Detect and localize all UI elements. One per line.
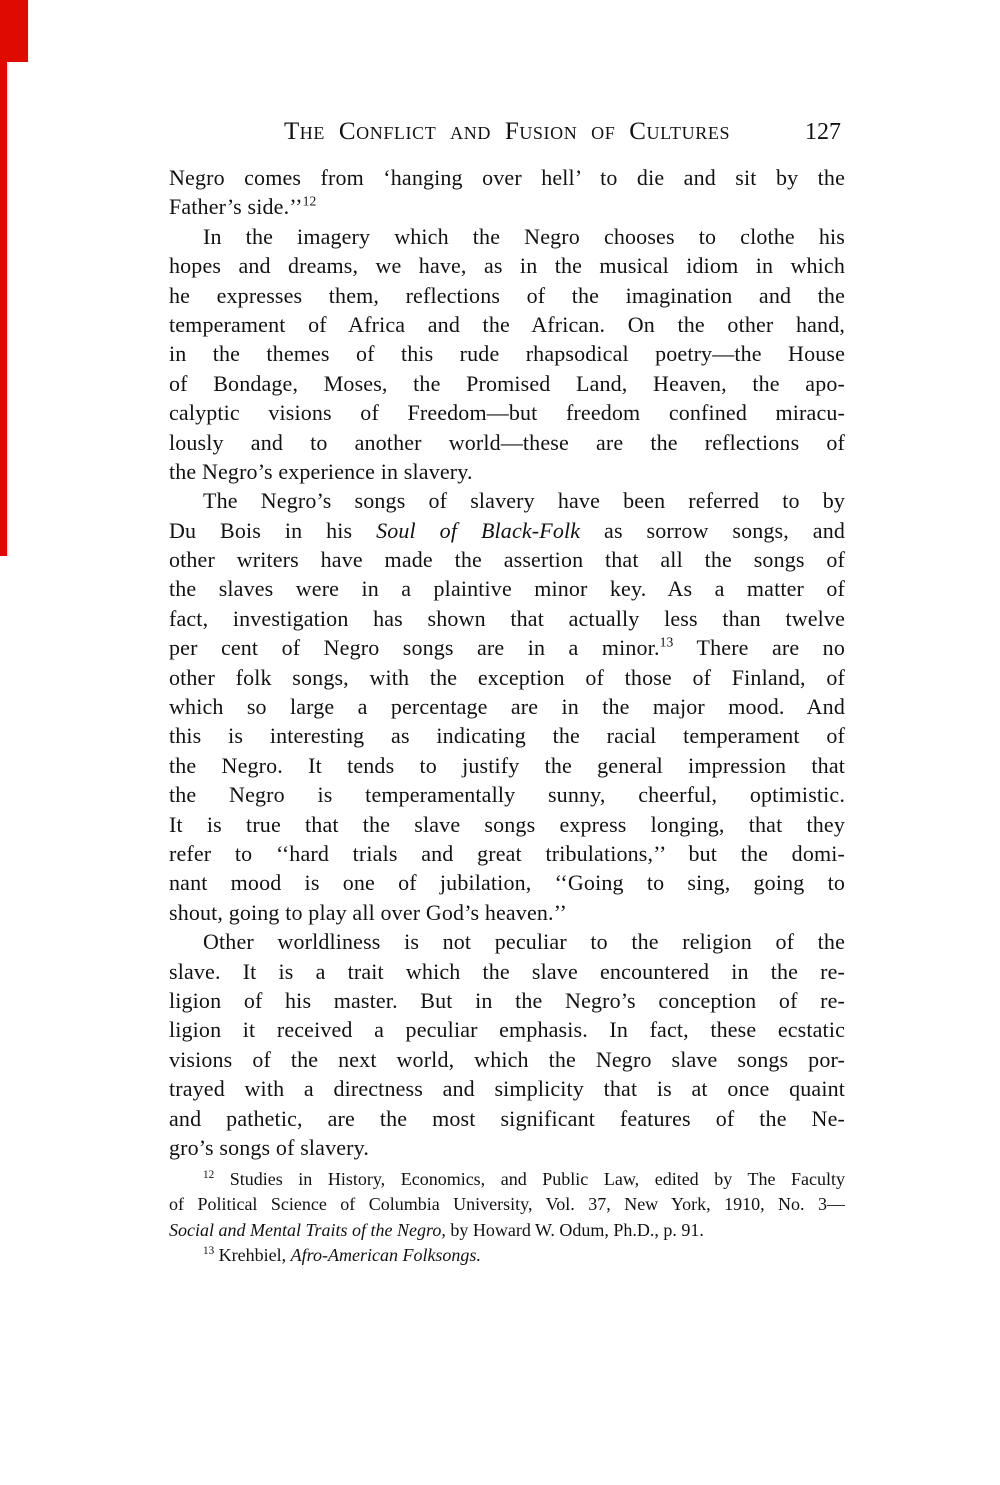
text-segment: fact, investigation has shown that actua… bbox=[169, 606, 845, 631]
text-segment: slave. It is a trait which the slave enc… bbox=[169, 959, 845, 984]
body-line: the slaves were in a plaintive minor key… bbox=[169, 574, 845, 603]
footnote-line: Social and Mental Traits of the Negro, b… bbox=[169, 1218, 845, 1243]
text-segment: shout, going to play all over God’s heav… bbox=[169, 900, 567, 925]
text-segment: the Negro’s experience in slavery. bbox=[169, 459, 473, 484]
body-line: fact, investigation has shown that actua… bbox=[169, 604, 845, 633]
text-segment: Du Bois in his bbox=[169, 518, 376, 543]
body-line: the Negro is temperamentally sunny, chee… bbox=[169, 780, 845, 809]
text-segment: It is true that the slave songs express … bbox=[169, 812, 845, 837]
text-segment: Studies in History, Economics, and Publi… bbox=[214, 1169, 845, 1189]
footnote-line: 12 Studies in History, Economics, and Pu… bbox=[169, 1167, 845, 1192]
text-segment: There are no bbox=[674, 635, 845, 660]
footnote-ref: 12 bbox=[303, 194, 317, 209]
text-segment: ligion it received a peculiar emphasis. … bbox=[169, 1017, 845, 1042]
body-line: this is interesting as indicating the ra… bbox=[169, 721, 845, 750]
body-text: Negro comes from ‘hanging over hell’ to … bbox=[169, 163, 845, 1162]
body-line: he expresses them, reflections of the im… bbox=[169, 281, 845, 310]
body-line: slave. It is a trait which the slave enc… bbox=[169, 957, 845, 986]
text-segment: of Bondage, Moses, the Promised Land, He… bbox=[169, 371, 845, 396]
footnote-ref: 13 bbox=[660, 635, 674, 650]
text-segment: visions of the next world, which the Neg… bbox=[169, 1047, 845, 1072]
body-line: Father’s side.’’12 bbox=[169, 192, 845, 221]
footnote-line: 13 Krehbiel, Afro-American Folksongs. bbox=[169, 1243, 845, 1268]
italic-text: Social and Mental Traits of the Negro, bbox=[169, 1220, 446, 1240]
text-segment: by Howard W. Odum, Ph.D., p. 91. bbox=[446, 1220, 704, 1240]
page-content: The Conflict and Fusion of Cultures 127 … bbox=[169, 117, 845, 1268]
text-segment: temperament of Africa and the African. O… bbox=[169, 312, 845, 337]
scan-red-edge-strip bbox=[0, 62, 7, 556]
body-line: Negro comes from ‘hanging over hell’ to … bbox=[169, 163, 845, 192]
text-segment: Other worldliness is not peculiar to the… bbox=[203, 929, 845, 954]
running-header: The Conflict and Fusion of Cultures 127 bbox=[169, 117, 845, 147]
text-segment: The Negro’s songs of slavery have been r… bbox=[203, 488, 845, 513]
body-line: ligion it received a peculiar emphasis. … bbox=[169, 1015, 845, 1044]
body-line: trayed with a directness and simplicity … bbox=[169, 1074, 845, 1103]
body-line: which so large a percentage are in the m… bbox=[169, 692, 845, 721]
body-line: per cent of Negro songs are in a minor.1… bbox=[169, 633, 845, 662]
body-line: refer to ‘‘hard trials and great tribula… bbox=[169, 839, 845, 868]
scan-red-edge-corner bbox=[0, 0, 28, 62]
text-segment: in the themes of this rude rhapsodical p… bbox=[169, 341, 845, 366]
body-line: shout, going to play all over God’s heav… bbox=[169, 898, 845, 927]
text-segment: In the imagery which the Negro chooses t… bbox=[203, 224, 845, 249]
text-segment: nant mood is one of jubilation, ‘‘Going … bbox=[169, 870, 845, 895]
text-segment: Krehbiel, bbox=[214, 1245, 290, 1265]
text-segment: Father’s side.’’ bbox=[169, 194, 303, 219]
body-line: hopes and dreams, we have, as in the mus… bbox=[169, 251, 845, 280]
body-line: of Bondage, Moses, the Promised Land, He… bbox=[169, 369, 845, 398]
footnotes: 12 Studies in History, Economics, and Pu… bbox=[169, 1167, 845, 1268]
body-line: temperament of Africa and the African. O… bbox=[169, 310, 845, 339]
text-segment: trayed with a directness and simplicity … bbox=[169, 1076, 845, 1101]
body-line: the Negro. It tends to justify the gener… bbox=[169, 751, 845, 780]
text-segment: the slaves were in a plaintive minor key… bbox=[169, 576, 845, 601]
page-number: 127 bbox=[805, 117, 841, 147]
body-line: in the themes of this rude rhapsodical p… bbox=[169, 339, 845, 368]
text-segment: hopes and dreams, we have, as in the mus… bbox=[169, 253, 845, 278]
text-segment: other writers have made the assertion th… bbox=[169, 547, 845, 572]
footnote-ref: 13 bbox=[203, 1245, 214, 1257]
text-segment: and pathetic, are the most significant f… bbox=[169, 1106, 845, 1131]
italic-text: Soul of Black-Folk bbox=[376, 518, 580, 543]
chapter-title: The Conflict and Fusion of Cultures bbox=[169, 117, 845, 147]
italic-text: Afro-American Folksongs. bbox=[291, 1245, 481, 1265]
body-line: other writers have made the assertion th… bbox=[169, 545, 845, 574]
text-segment: gro’s songs of slavery. bbox=[169, 1135, 369, 1160]
text-segment: other folk songs, with the exception of … bbox=[169, 665, 845, 690]
body-line: the Negro’s experience in slavery. bbox=[169, 457, 845, 486]
body-line: ligion of his master. But in the Negro’s… bbox=[169, 986, 845, 1015]
text-segment: of Political Science of Columbia Univers… bbox=[169, 1194, 845, 1214]
body-line: Du Bois in his Soul of Black-Folk as sor… bbox=[169, 516, 845, 545]
body-line: Other worldliness is not peculiar to the… bbox=[169, 927, 845, 956]
text-segment: per cent of Negro songs are in a minor. bbox=[169, 635, 660, 660]
text-segment: lously and to another world—these are th… bbox=[169, 430, 845, 455]
body-line: calyptic visions of Freedom—but freedom … bbox=[169, 398, 845, 427]
text-segment: as sorrow songs, and bbox=[580, 518, 845, 543]
body-line: visions of the next world, which the Neg… bbox=[169, 1045, 845, 1074]
footnote-ref: 12 bbox=[203, 1169, 214, 1181]
text-segment: refer to ‘‘hard trials and great tribula… bbox=[169, 841, 845, 866]
body-line: The Negro’s songs of slavery have been r… bbox=[169, 486, 845, 515]
text-segment: the Negro. It tends to justify the gener… bbox=[169, 753, 845, 778]
body-line: lously and to another world—these are th… bbox=[169, 428, 845, 457]
text-segment: the Negro is temperamentally sunny, chee… bbox=[169, 782, 845, 807]
text-segment: calyptic visions of Freedom—but freedom … bbox=[169, 400, 845, 425]
body-line: gro’s songs of slavery. bbox=[169, 1133, 845, 1162]
body-line: nant mood is one of jubilation, ‘‘Going … bbox=[169, 868, 845, 897]
book-page: The Conflict and Fusion of Cultures 127 … bbox=[0, 0, 1000, 1485]
footnote-line: of Political Science of Columbia Univers… bbox=[169, 1192, 845, 1217]
body-line: other folk songs, with the exception of … bbox=[169, 663, 845, 692]
text-segment: which so large a percentage are in the m… bbox=[169, 694, 845, 719]
text-segment: he expresses them, reflections of the im… bbox=[169, 283, 845, 308]
text-segment: this is interesting as indicating the ra… bbox=[169, 723, 845, 748]
text-segment: Negro comes from ‘hanging over hell’ to … bbox=[169, 165, 845, 190]
body-line: It is true that the slave songs express … bbox=[169, 810, 845, 839]
body-line: In the imagery which the Negro chooses t… bbox=[169, 222, 845, 251]
body-line: and pathetic, are the most significant f… bbox=[169, 1104, 845, 1133]
text-segment: ligion of his master. But in the Negro’s… bbox=[169, 988, 845, 1013]
